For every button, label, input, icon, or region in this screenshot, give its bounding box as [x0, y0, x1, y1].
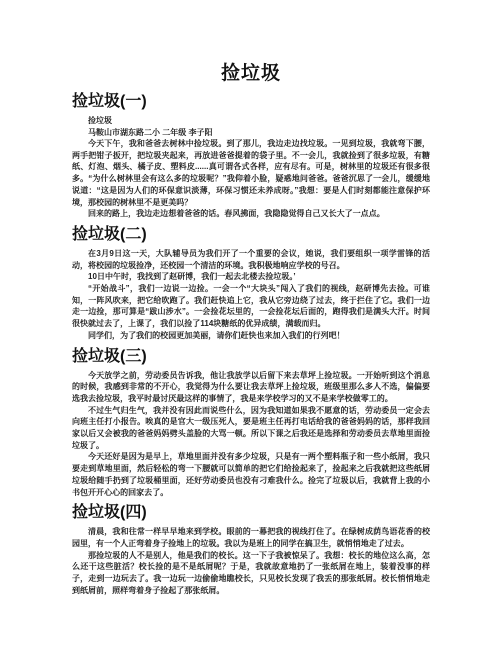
section-3: 捡垃圾(三) 今天放学之前，劳动委员告诉我，他让我放学以后留下来去草坪上捡垃圾。…: [72, 347, 430, 499]
section-4-heading: 捡垃圾(四): [72, 503, 430, 522]
paragraph: 今天下午，我和爸爸去树林中捡垃圾。到了那儿，我边走边找垃圾。一见到垃圾，我就弯下…: [72, 138, 430, 208]
section-2: 捡垃圾(二) 在3月9日这一天，大队辅导员为我们开了一个重要的会议，她说，我们要…: [72, 225, 430, 342]
section-1-heading: 捡垃圾(一): [72, 92, 430, 111]
section-1: 捡垃圾(一) 捡垃圾 马鞍山市湖东路二小 二年级 李子阳 今天下午，我和爸爸去树…: [72, 92, 430, 220]
section-2-heading: 捡垃圾(二): [72, 225, 430, 244]
paragraph: 今天还好是因为是早上，草地里面并没有多少垃圾，只是有一两个塑料瓶子和一些小纸屑，…: [72, 451, 430, 498]
document-title: 捡垃圾: [72, 62, 430, 86]
section-1-author-line: 马鞍山市湖东路二小 二年级 李子阳: [72, 127, 430, 139]
paragraph: 不过生气归生气，我并没有因此而说些什么，因为我知道如果我不愿意的话，劳动委员一定…: [72, 405, 430, 452]
paragraph: 在3月9日这一天，大队辅导员为我们开了一个重要的会议，她说，我们要组织一项学雷锋…: [72, 248, 430, 271]
section-4: 捡垃圾(四) 清晨，我和往常一样早早地来到学校。眼前的一幕把我的视线打住了。在绿…: [72, 503, 430, 596]
section-3-heading: 捡垃圾(三): [72, 347, 430, 366]
paragraph: 清晨，我和往常一样早早地来到学校。眼前的一幕把我的视线打住了。在绿树成荫鸟语花香…: [72, 526, 430, 549]
section-1-subtitle: 捡垃圾: [72, 115, 430, 127]
document-page: 捡垃圾 捡垃圾(一) 捡垃圾 马鞍山市湖东路二小 二年级 李子阳 今天下午，我和…: [0, 0, 500, 647]
paragraph: 10日中午时，我找到了赵研博，我们一起去北楼去捡垃圾。’: [72, 271, 430, 283]
paragraph: “开始战斗”，我们一边说一边捡。一会一个“大块头”闯入了我们的视线，赵研博先去捡…: [72, 283, 430, 330]
paragraph: 今天放学之前，劳动委员告诉我，他让我放学以后留下来去草坪上捡垃圾。一开始听到这个…: [72, 370, 430, 405]
paragraph: 回来的路上，我边走边想着爸爸的话。春风拂面，我隐隐觉得自己又长大了一点点。: [72, 208, 430, 220]
paragraph: 那捡垃圾的人不是别人，他是我们的校长。这一下子我被惊呆了。我想：校长的地位这么高…: [72, 550, 430, 597]
paragraph: 同学们，为了我们的校园更加美丽，请你们赶快也来加入我们的行列吧！: [72, 330, 430, 342]
